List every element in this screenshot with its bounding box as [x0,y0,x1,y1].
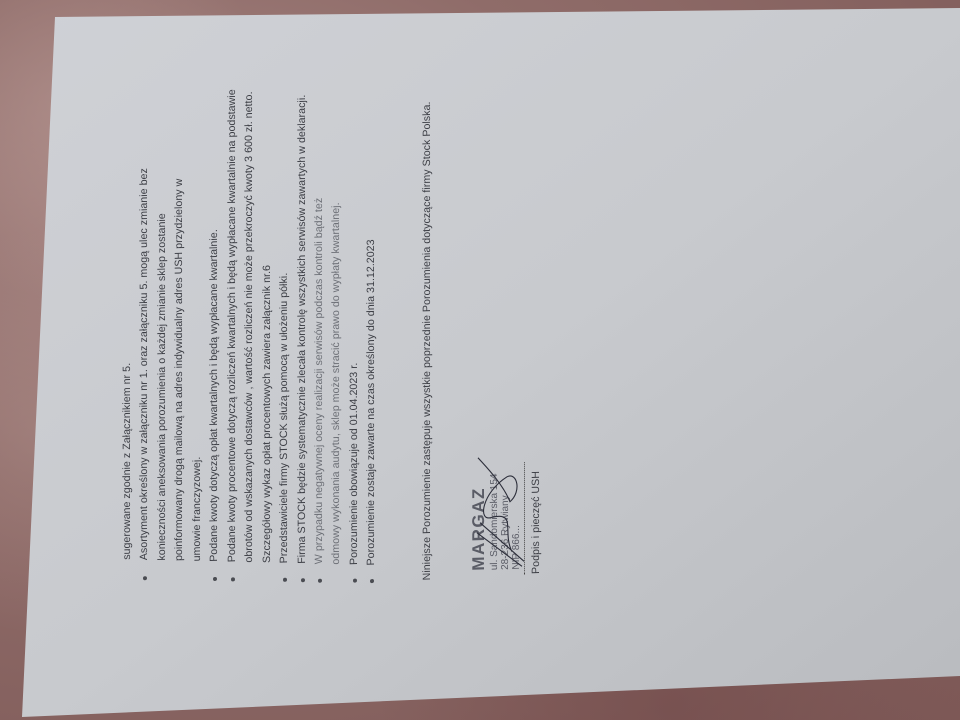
agreement-line: konieczności aneksowania porozumienia o … [157,213,168,561]
bullet-icon [301,578,305,582]
agreement-line: W przypadku negatywnej oceny realizacji … [314,198,325,565]
agreement-line: Szczegółowy wykaz opłat procentowych zaw… [262,265,273,563]
closing-statement: Niniejsze Porozumienie zastępuje wszystk… [422,101,433,580]
agreement-line: Porozumienie obowiązuje od 01.04.2023 r. [349,363,360,566]
document-page: sugerowane zgodnie z Załącznikiem nr 5.A… [24,0,960,717]
agreement-line: odmowy wykonania audytu, sklep może stra… [331,202,342,565]
agreement-line: Podane kwoty dotyczą opłat kwartalnych i… [209,229,220,562]
bullet-icon [213,577,217,581]
agreement-line: obrotów od wskazanych dostawców , wartoś… [244,91,255,562]
bullet-icon [318,578,322,582]
agreement-line: umowie franczyzowej. [192,457,203,562]
signature-line [524,462,525,574]
agreement-line: poinformowany drogą mailową na adres ind… [174,178,185,561]
agreement-line: Asortyment określony w załączniku nr 1. … [139,168,150,560]
handwritten-signature [472,451,532,573]
agreement-line: sugerowane zgodnie z Załącznikiem nr 5. [122,363,133,560]
bullet-icon [370,579,374,583]
agreement-line: Przedstawiciele firmy STOCK służą pomocą… [279,273,290,564]
bullet-icon [231,577,235,581]
signature-label: Podpis i pieczęć USH [531,471,542,574]
bullet-icon [353,579,357,583]
agreement-line: Porozumienie zostaje zawarte na czas okr… [366,239,377,565]
agreement-line: Podane kwoty procentowe dotyczą rozlicze… [227,89,238,562]
agreement-line: Firma STOCK będzie systematycznie zlecał… [297,95,308,564]
bullet-icon [143,576,147,580]
bullet-icon [283,578,287,582]
